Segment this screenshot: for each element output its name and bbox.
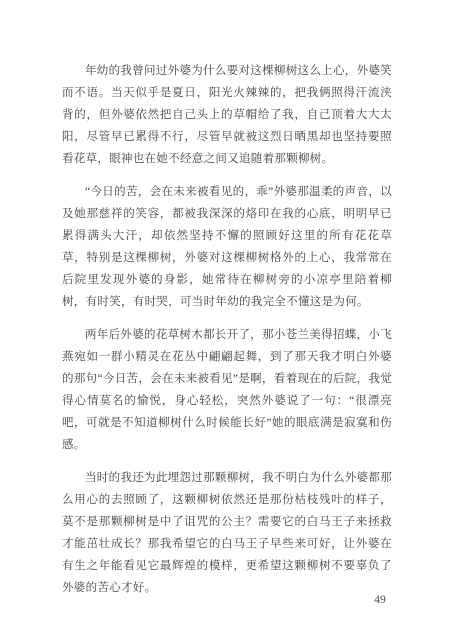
page-number: 49 <box>368 594 392 606</box>
paragraph: 两年后外婆的花草树木都长开了，那小苍兰美得招蝶，小飞燕宛如一群小精灵在花丛中翩翩… <box>62 324 392 456</box>
text-block: 年幼的我曾问过外婆为什么要对这棵柳树这么上心，外婆笑而不语。当天似乎是夏日，阳光… <box>62 60 392 610</box>
document-page: 年幼的我曾问过外婆为什么要对这棵柳树这么上心，外婆笑而不语。当天似乎是夏日，阳光… <box>0 0 450 640</box>
paragraph: 年幼的我曾问过外婆为什么要对这棵柳树这么上心，外婆笑而不语。当天似乎是夏日，阳光… <box>62 60 392 170</box>
paragraph: 当时的我还为此埋怨过那颗柳树，我不明白为什么外婆都那么用心的去照顾了，这颗柳树依… <box>62 467 392 599</box>
paragraph: “今日的苦，会在未来被看见的，乖”外婆那温柔的声音，以及她那慈祥的笑容，都被我深… <box>62 181 392 313</box>
